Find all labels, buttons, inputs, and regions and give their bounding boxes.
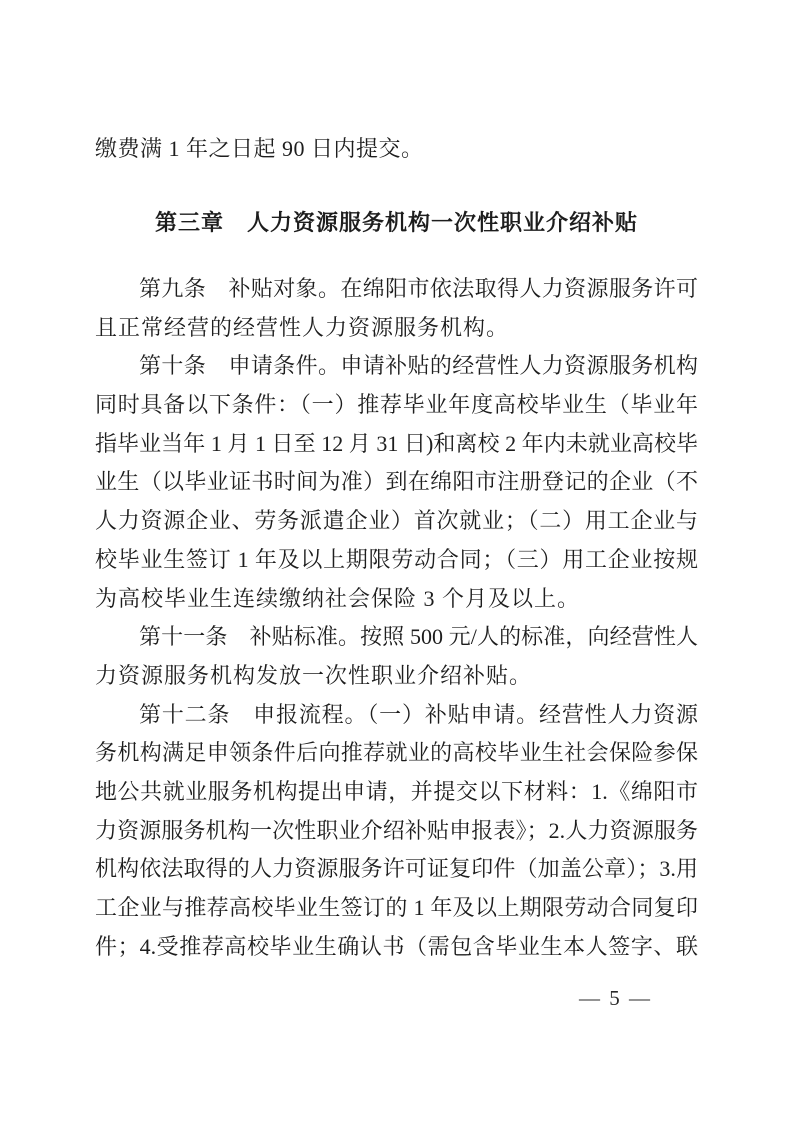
body-line: 务机构满足申领条件后向推荐就业的高校毕业生社会保险参保 — [95, 734, 698, 773]
body-line: 同时具备以下条件：（一）推荐毕业年度高校毕业生（毕业年度 — [95, 386, 698, 425]
document-page: 缴费满 1 年之日起 90 日内提交。 第三章 人力资源服务机构一次性职业介绍补… — [0, 0, 793, 1123]
chapter-heading: 第三章 人力资源服务机构一次性职业介绍补贴 — [0, 201, 793, 245]
body-line: 为高校毕业生连续缴纳社会保险 3 个月及以上。 — [95, 580, 698, 619]
body-line: 地公共就业服务机构提出申请，并提交以下材料：1.《绵阳市人 — [95, 773, 698, 812]
document-body: 第九条 补贴对象。在绵阳市依法取得人力资源服务许可证 且正常经营的经营性人力资源… — [95, 270, 698, 966]
body-line: 校毕业生签订 1 年及以上期限劳动合同；（三）用工企业按规定 — [95, 541, 698, 580]
paragraph-continuation-line: 缴费满 1 年之日起 90 日内提交。 — [95, 129, 698, 168]
body-line: 第十二条 申报流程。（一）补贴申请。经营性人力资源服 — [95, 696, 698, 735]
body-line: 力资源服务机构一次性职业介绍补贴申报表》；2.人力资源服务 — [95, 812, 698, 851]
body-line: 机构依法取得的人力资源服务许可证复印件（加盖公章）；3.用 — [95, 850, 698, 889]
body-line: 第九条 补贴对象。在绵阳市依法取得人力资源服务许可证 — [95, 270, 698, 309]
body-line: 业生（以毕业证书时间为准）到在绵阳市注册登记的企业（不含 — [95, 463, 698, 502]
body-line: 力资源服务机构发放一次性职业介绍补贴。 — [95, 657, 698, 696]
page-number: — 5 — — [579, 986, 652, 1010]
body-line: 第十条 申请条件。申请补贴的经营性人力资源服务机构应 — [95, 347, 698, 386]
body-line: 指毕业当年 1 月 1 日至 12 月 31 日)和离校 2 年内未就业高校毕 — [95, 425, 698, 464]
body-line: 第十一条 补贴标准。按照 500 元/人的标准，向经营性人 — [95, 618, 698, 657]
body-line: 工企业与推荐高校毕业生签订的 1 年及以上期限劳动合同复印 — [95, 889, 698, 928]
body-line: 且正常经营的经营性人力资源服务机构。 — [95, 309, 698, 348]
body-line: 件；4.受推荐高校毕业生确认书（需包含毕业生本人签字、联系 — [95, 928, 698, 967]
body-line: 人力资源企业、劳务派遣企业）首次就业；（二）用工企业与高 — [95, 502, 698, 541]
